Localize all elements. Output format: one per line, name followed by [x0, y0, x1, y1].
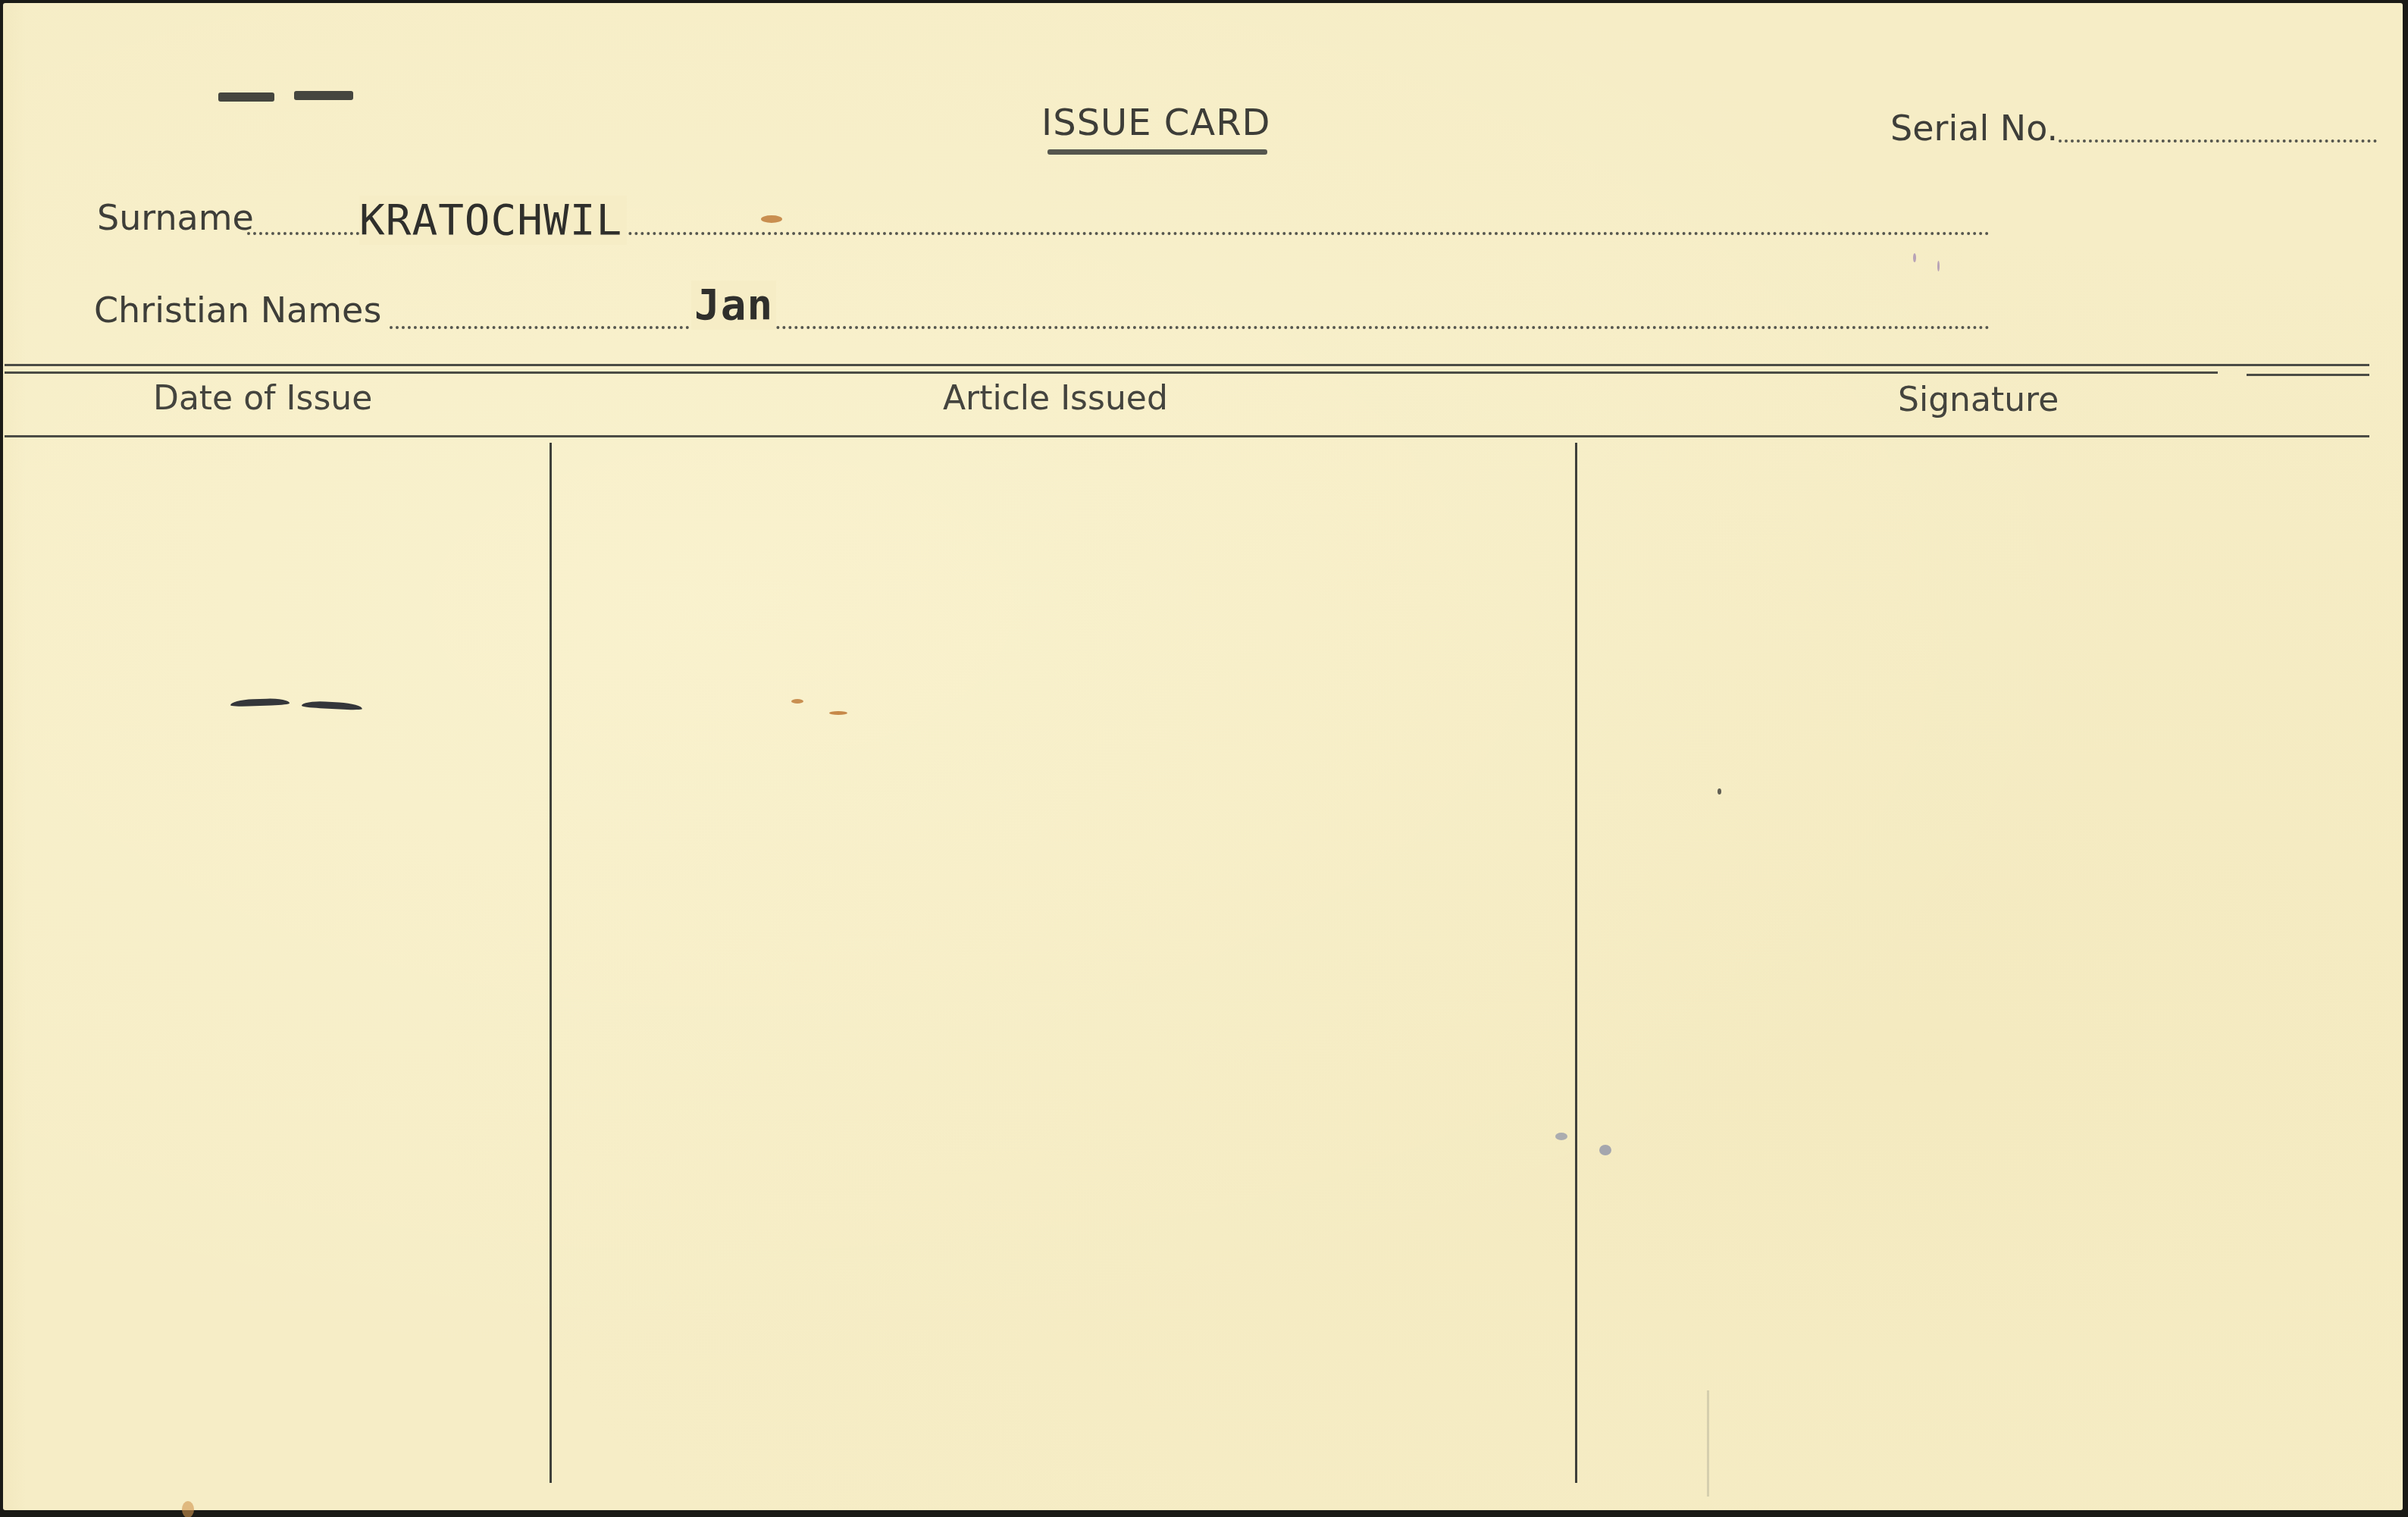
signature-column[interactable]: [1578, 440, 2397, 1486]
header-rule-second-end: [2247, 374, 2369, 376]
column-divider-2: [1575, 443, 1577, 1483]
serial-number-label: Serial No.: [1890, 108, 2058, 149]
card-title: ISSUE CARD: [1041, 102, 1270, 144]
header-rule-bottom: [5, 435, 2369, 437]
top-dash-mark-right: [294, 91, 353, 100]
rust-stain: [182, 1501, 194, 1517]
column-header-signature: Signature: [1898, 381, 2059, 419]
title-underline: [1047, 149, 1267, 155]
header-rule-top: [5, 364, 2369, 366]
article-issued-column[interactable]: [552, 440, 1573, 1486]
column-header-date-of-issue: Date of Issue: [153, 379, 372, 418]
christian-names-field[interactable]: [390, 326, 1990, 329]
serial-number-field[interactable]: [2059, 139, 2377, 143]
rust-stain: [829, 711, 847, 715]
column-header-article-issued: Article Issued: [943, 379, 1168, 418]
header-rule-second: [5, 371, 2218, 374]
speck: [1718, 788, 1721, 795]
christian-names-label: Christian Names: [94, 290, 381, 331]
rust-stain: [761, 215, 782, 223]
surname-value: KRATOCHWIL: [359, 196, 627, 245]
date-of-issue-column[interactable]: [3, 440, 549, 1486]
ink-smudge: [1555, 1133, 1567, 1140]
rust-stain: [791, 699, 803, 704]
christian-names-value: Jan: [691, 281, 776, 330]
surname-label: Surname: [97, 197, 254, 238]
issue-card: ISSUE CARD Serial No. Surname KRATOCHWIL…: [3, 3, 2403, 1510]
top-dash-mark-left: [218, 92, 274, 102]
violet-specks: [1913, 253, 1916, 262]
violet-specks: [1937, 261, 1940, 271]
ink-smudge: [1599, 1145, 1611, 1155]
